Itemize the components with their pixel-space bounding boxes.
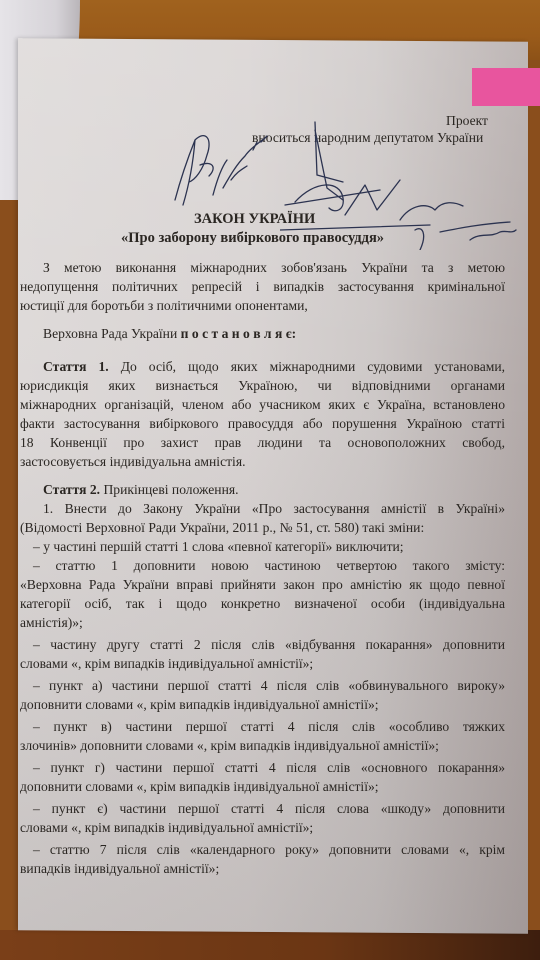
article1-line: 18 Конвенції про захист прав людини та о… [20,433,505,453]
resolves-statement: Верховна Рада України п о с т а н о в л … [43,324,296,344]
article2-line: словами «, крім випадків індивідуальної … [20,818,313,838]
preamble-line: З метою виконання міжнародних зобов'язан… [43,258,505,278]
article2-line: 1. Внести до Закону України «Про застосу… [43,499,505,519]
article2-line: – пункт а) частини першої статті 4 після… [33,676,505,696]
pink-sticky-note [472,68,540,106]
article2-line: доповнити словами «, крім випадків індив… [20,777,379,797]
article2-line: випадків індивідуальної амністії»; [20,859,219,879]
law-subtitle: «Про заборону вибіркового правосуддя» [121,229,384,249]
article2-line: – пункт г) частини першої статті 4 після… [33,758,505,778]
article2-line: доповнити словами «, крім випадків індив… [20,695,379,715]
article1-first-line: Стаття 1. До осіб, щодо яких міжнародним… [43,357,505,377]
article2-line: – частину другу статті 2 після слів «від… [33,635,505,655]
law-title: ЗАКОН УКРАЇНИ [194,210,315,230]
resolves-bold: п о с т а н о в л я є: [181,326,296,341]
article2-line: – пункт є) частини першої статті 4 після… [33,799,505,819]
article1-line: міжнародних організацій, членом або учас… [20,395,505,415]
article2-line: – у частині першій статті 1 слова «певно… [33,537,404,557]
article2-label: Стаття 2. [43,482,100,497]
article2-line: словами «, крім випадків індивідуальної … [20,654,313,674]
article1-label: Стаття 1. [43,359,109,374]
article2-line: злочинів» доповнити словами «, крім випа… [20,736,439,756]
resolves-lead: Верховна Рада України [43,326,177,341]
article2-line: – статтю 1 доповнити новою частиною четв… [33,556,505,576]
article1-line: факти застосування вибіркового правосудд… [20,414,505,434]
article1-line: юрисдикція яких визнається Україною, чи … [20,376,505,396]
article2-heading: Стаття 2. Прикінцеві положення. [43,480,239,500]
article2-line: – статтю 7 після слів «календарного року… [33,840,505,860]
article1-line: застосовується індивідуальна амністія. [20,452,245,472]
article2-line: категорії осіб, так і щодо конкретно виз… [20,594,505,614]
preamble-line: недопущення політичних репресій і випадк… [20,277,505,297]
preamble-line: юстиції для боротьби з політичними опоне… [20,296,308,316]
article2-line: (Відомості Верховної Ради України, 2011 … [20,518,424,538]
wooden-table-bottom [0,930,540,960]
article2-line: амністія)»; [20,613,83,633]
article2-line: – пункт в) частини першої статті 4 після… [33,717,505,737]
article2-line: «Верховна Рада України вправі прийняти з… [20,575,505,595]
